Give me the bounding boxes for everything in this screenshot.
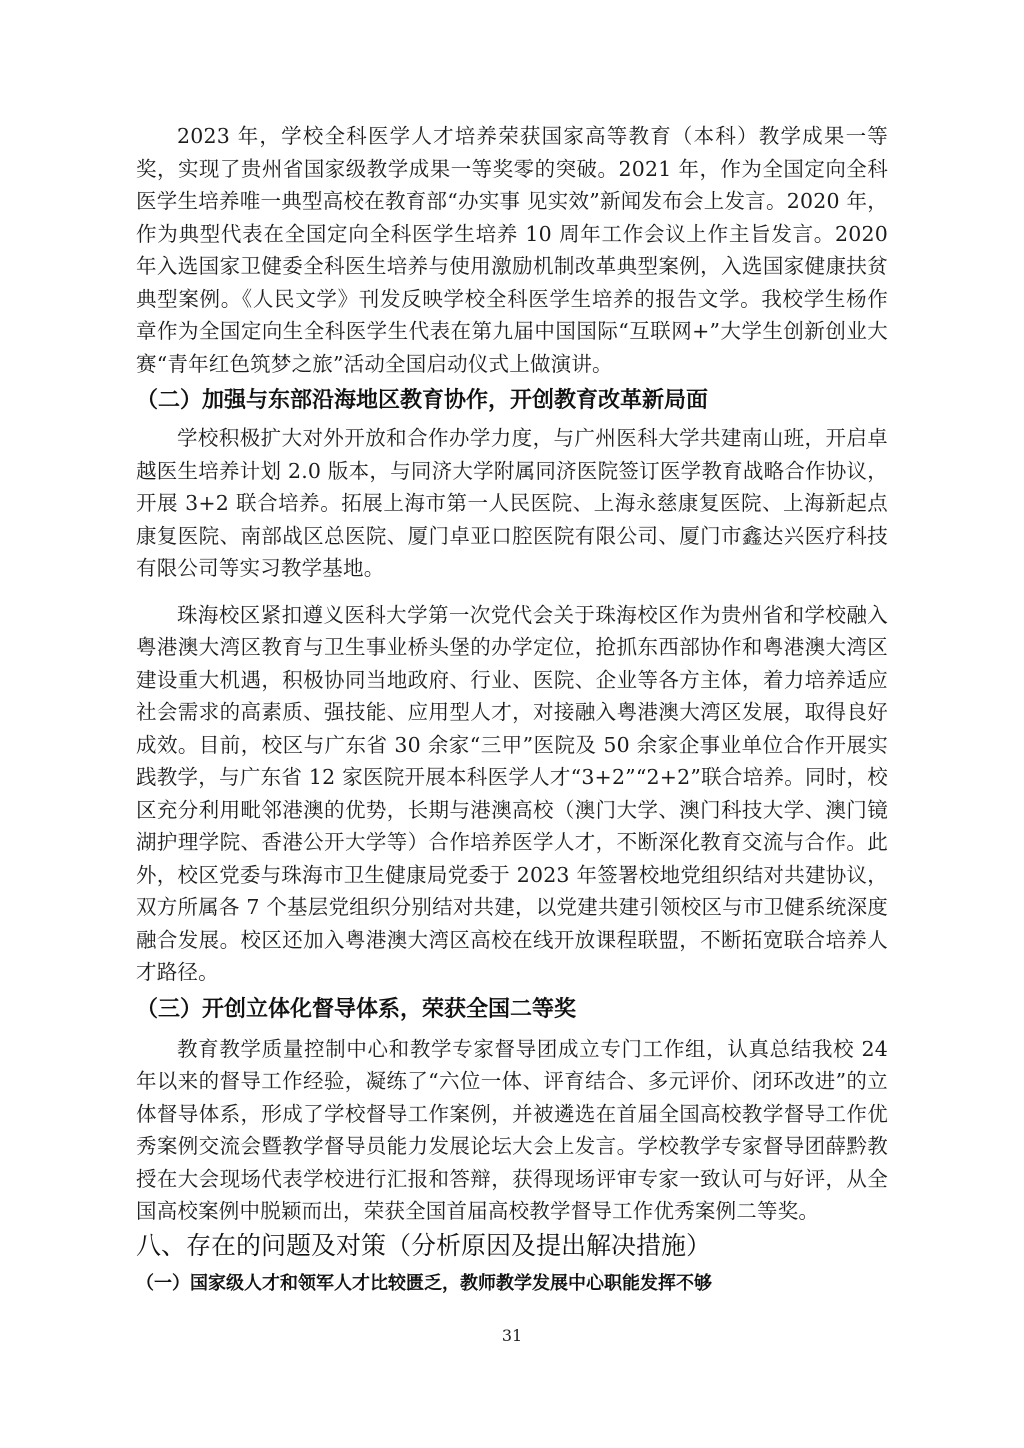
section-heading-problems: 八、存在的问题及对策（分析原因及提出解决措施）: [136, 1230, 888, 1262]
paragraph-teaching-achievement: 2023 年，学校全科医学人才培养荣获国家高等教育（本科）教学成果一等奖，实现了…: [136, 120, 888, 380]
paragraph-supervision-award: 教育教学质量控制中心和教学专家督导团成立专门工作组，认真总结我校 24 年以来的…: [136, 1033, 888, 1228]
subheading-talent-shortage: （一）国家级人才和领军人才比较匮乏，教师教学发展中心职能发挥不够: [136, 1270, 888, 1298]
paragraph-open-cooperation: 学校积极扩大对外开放和合作办学力度，与广州医科大学共建南山班，开启卓越医生培养计…: [136, 422, 888, 585]
heading-east-coast-cooperation: （二）加强与东部沿海地区教育协作，开创教育改革新局面: [136, 386, 888, 416]
document-page: 2023 年，学校全科医学人才培养荣获国家高等教育（本科）教学成果一等奖，实现了…: [136, 120, 888, 1298]
heading-supervision-system: （三）开创立体化督导体系，荣获全国二等奖: [136, 995, 888, 1025]
paragraph-zhuhai-campus: 珠海校区紧扣遵义医科大学第一次党代会关于珠海校区作为贵州省和学校融入粤港澳大湾区…: [136, 599, 888, 989]
page-number: 31: [0, 1326, 1024, 1345]
